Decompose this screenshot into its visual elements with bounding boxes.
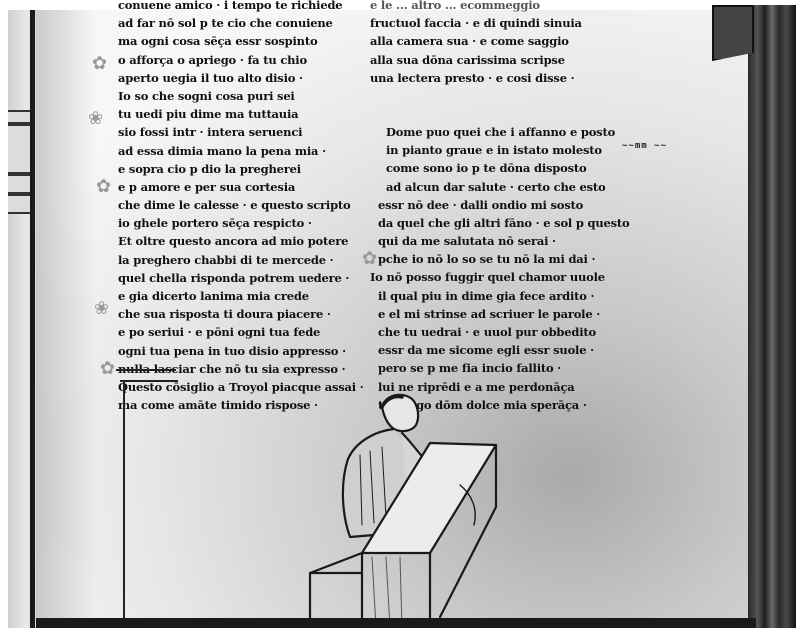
stanza-gap bbox=[370, 87, 630, 123]
text-line: ogni tua pena in tuo disio appresso · bbox=[118, 342, 364, 360]
text-line: pche io nō lo so se tu nō la mi dai · bbox=[370, 250, 630, 268]
text-line: Io nō posso fuggir quel chamor uuole bbox=[370, 268, 630, 286]
flourish-icon: ❀ bbox=[88, 110, 103, 128]
ruling-line bbox=[123, 380, 125, 630]
text-line: Et oltre questo ancora ad mio potere bbox=[118, 232, 364, 250]
text-line: Dome puo quei che i affanno e posto bbox=[370, 123, 630, 141]
text-line: o afforça o apriego · fa tu chio bbox=[118, 51, 364, 69]
text-line: il qual piu in dime gia fece ardito · bbox=[370, 287, 630, 305]
text-line: quel chella risponda potrem uedere · bbox=[118, 269, 364, 287]
text-line: alla sua dōna carissima scripse bbox=[370, 51, 630, 69]
text-line: io ghele portero sēça respicto · bbox=[118, 214, 364, 232]
scribe-illustration bbox=[290, 385, 520, 630]
flourish-icon: ✿ bbox=[92, 55, 107, 73]
left-binding-tab bbox=[8, 110, 32, 214]
manuscript-photograph: ✿ ❀ ✿ ❀ ✿ ✿ conuene amico · i tempo te r… bbox=[0, 0, 800, 640]
text-line: ma ogni cosa sēça essr sospinto bbox=[118, 32, 364, 50]
text-line: e po seriui · e pōni ogni tua fede bbox=[118, 323, 364, 341]
text-line: aperto uegia il tuo alto disio · bbox=[118, 69, 364, 87]
text-line: sio fossi intr · intera seruenci bbox=[118, 123, 364, 141]
text-line: come sono io p te dōna disposto bbox=[370, 159, 630, 177]
text-line: la preghero chabbi di te mercede · bbox=[118, 251, 364, 269]
flourish-icon: ✿ bbox=[100, 360, 115, 378]
text-line: e gia dicerto lanima mia crede bbox=[118, 287, 364, 305]
text-line: ad far nō sol p te cio che conuiene bbox=[118, 14, 364, 32]
text-line: tu uedi piu dime ma tuttauia bbox=[118, 105, 364, 123]
text-line: qui da me salutata nō serai · bbox=[370, 232, 630, 250]
text-line: e p amore e per sua cortesia bbox=[118, 178, 364, 196]
right-binding bbox=[748, 5, 796, 630]
left-text-column: conuene amico · i tempo te richiede ad f… bbox=[118, 0, 364, 414]
text-line: Io so che sogni cosa puri sei bbox=[118, 87, 364, 105]
text-line: che tu uedrai · e uuol pur obbedito bbox=[370, 323, 630, 341]
text-line: fructuol faccia · e di quindi sinuia bbox=[370, 14, 630, 32]
photo-border bbox=[0, 628, 800, 640]
top-bookmark-tab bbox=[712, 5, 754, 61]
text-line: alla camera sua · e come saggio bbox=[370, 32, 630, 50]
page-shadow bbox=[36, 10, 96, 630]
text-line: ad essa dimia mano la pena mia · bbox=[118, 142, 364, 160]
text-line: da quel che gli altri fāno · e sol p que… bbox=[370, 214, 630, 232]
text-line: che sua risposta ti doura piacere · bbox=[118, 305, 364, 323]
text-line: e sopra cio p dio la pregherei bbox=[118, 160, 364, 178]
text-line: una lectera presto · e cosi disse · bbox=[370, 69, 630, 87]
text-line: che dime le calesse · e questo scripto bbox=[118, 196, 364, 214]
ruling-line bbox=[120, 380, 178, 382]
left-edge-line bbox=[30, 10, 35, 630]
text-line: conuene amico · i tempo te richiede bbox=[118, 0, 364, 14]
text-line: e le ... altro ... ecommeggio bbox=[370, 0, 630, 14]
text-line: essr da me sicome egli essr suole · bbox=[370, 341, 630, 359]
text-line: e el mi strinse ad scriuer le parole · bbox=[370, 305, 630, 323]
text-line: essr nō dee · dalli ondio mi sosto bbox=[370, 196, 630, 214]
flourish-icon: ✿ bbox=[96, 178, 111, 196]
scribe-drawing-icon bbox=[290, 385, 520, 630]
text-line: in pianto graue e in istato molesto bbox=[370, 141, 630, 159]
right-text-column: e le ... altro ... ecommeggio fructuol f… bbox=[370, 0, 630, 414]
text-line: ad alcun dar salute · certo che esto bbox=[370, 178, 630, 196]
flourish-icon: ❀ bbox=[94, 300, 109, 318]
ruling-line bbox=[116, 369, 176, 371]
marginal-note: ~~mm ~~ bbox=[622, 141, 667, 151]
text-line: pero se p me fia incio fallito · bbox=[370, 359, 630, 377]
